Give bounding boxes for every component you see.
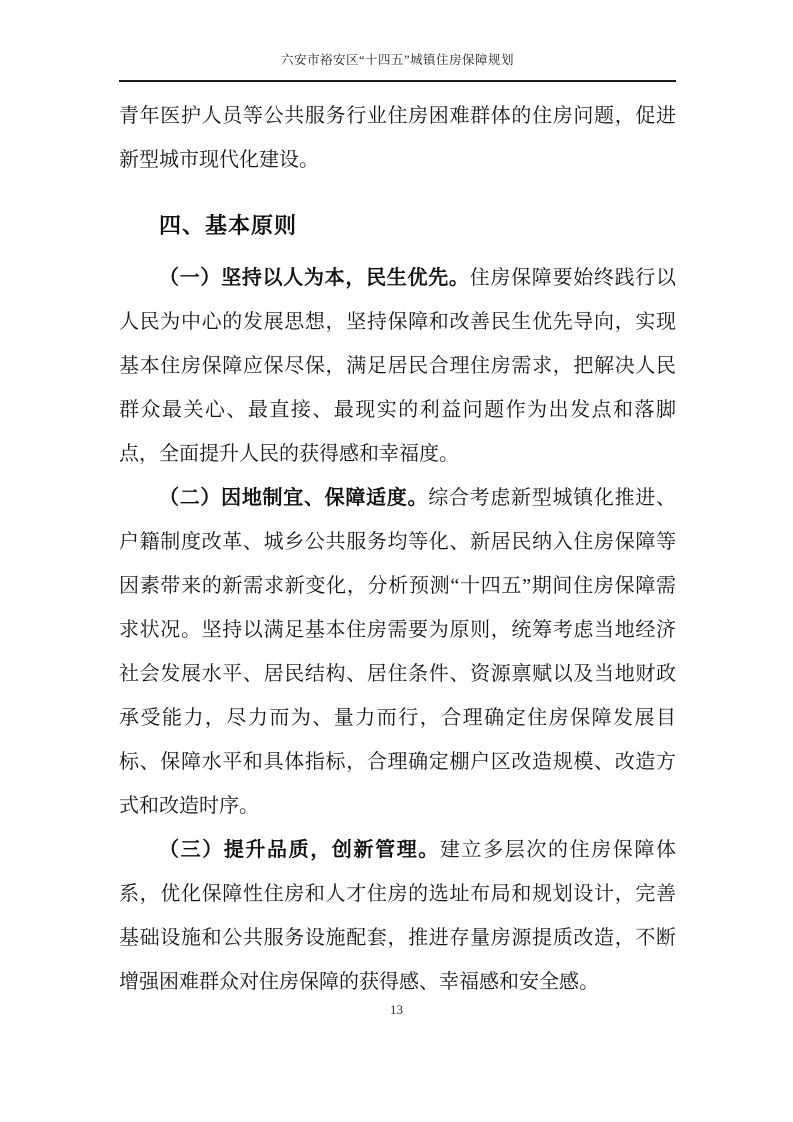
page-number: 13 (390, 1002, 403, 1017)
page-header: 六安市裕安区“十四五”城镇住房保障规划 (119, 50, 676, 82)
paragraph-lead: （一）坚持以人为本，民生优先。 (159, 267, 470, 289)
page-footer: 13 (0, 1001, 793, 1019)
paragraph-lead: （三）提升品质，创新管理。 (159, 839, 440, 861)
paragraph-text: 住房保障要始终践行以人民为中心的发展思想，坚持保障和改善民生优先导向，实现基本住… (119, 267, 676, 465)
paragraph-lead: （二）因地制宜、保障适度。 (159, 487, 428, 509)
paragraph-continuation: 青年医护人员等公共服务行业住房困难群体的住房问题，促进新型城市现代化建设。 (119, 94, 676, 182)
paragraph-principle-1: （一）坚持以人为本，民生优先。住房保障要始终践行以人民为中心的发展思想，坚持保障… (119, 256, 676, 476)
paragraph-principle-3: （三）提升品质，创新管理。建立多层次的住房保障体系，优化保障性住房和人才住房的选… (119, 828, 676, 1004)
section-heading: 四、基本原则 (119, 204, 676, 248)
paragraph-text: 综合考虑新型城镇化推进、户籍制度改革、城乡公共服务均等化、新居民纳入住房保障等因… (119, 487, 676, 817)
paragraph-text: 建立多层次的住房保障体系，优化保障性住房和人才住房的选址布局和规划设计，完善基础… (119, 839, 676, 993)
header-title: 六安市裕安区“十四五”城镇住房保障规划 (119, 50, 676, 68)
paragraph-principle-2: （二）因地制宜、保障适度。综合考虑新型城镇化推进、户籍制度改革、城乡公共服务均等… (119, 476, 676, 828)
document-page: 六安市裕安区“十四五”城镇住房保障规划 青年医护人员等公共服务行业住房困难群体的… (0, 0, 793, 1122)
paragraph-text: 青年医护人员等公共服务行业住房困难群体的住房问题，促进新型城市现代化建设。 (119, 105, 676, 171)
document-body: 青年医护人员等公共服务行业住房困难群体的住房问题，促进新型城市现代化建设。 四、… (119, 94, 676, 1004)
